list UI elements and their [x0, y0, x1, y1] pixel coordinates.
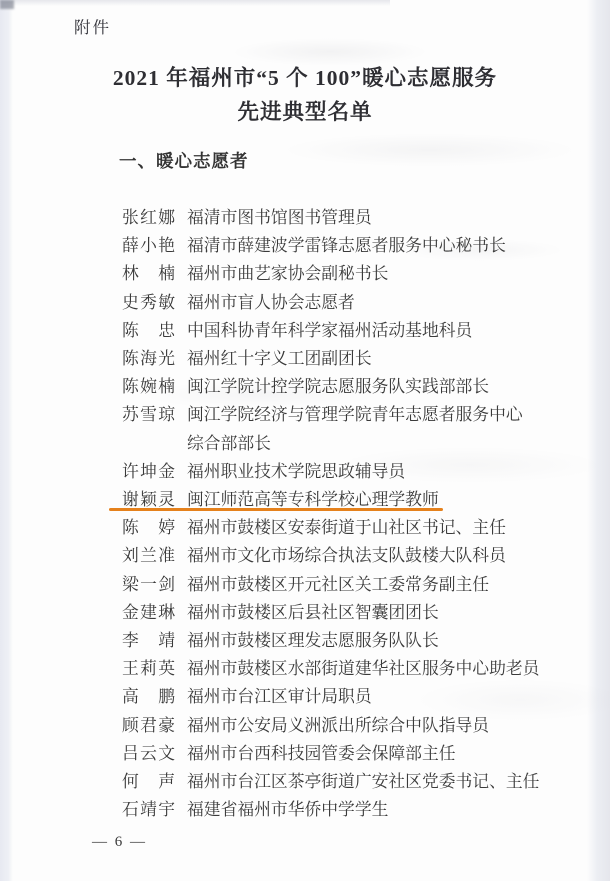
highlight-underline — [109, 508, 443, 512]
volunteer-row: 陈忠 中国科协青年科学家福州活动基地科员 — [122, 317, 562, 345]
volunteer-name: 吕云文 — [122, 740, 175, 768]
volunteer-name: 许坤金 — [122, 458, 175, 486]
volunteer-row: 梁一剑 福州市鼓楼区开元社区关工委常务副主任 — [122, 571, 562, 599]
volunteer-row: 李靖 福州市鼓楼区理发志愿服务队队长 — [122, 627, 562, 655]
volunteer-role: 福州红十字义工团副团长 — [187, 345, 555, 373]
volunteer-row: 苏雪琼 闽江学院经济与管理学院青年志愿者服务中心 综合部部长 — [122, 401, 562, 457]
volunteer-row: 王莉英 福州市鼓楼区水部街道建华社区服务中心助老员 — [122, 655, 562, 683]
volunteer-role: 福州市鼓楼区开元社区关工委常务副主任 — [187, 571, 555, 599]
volunteer-name: 陈婷 — [122, 514, 175, 542]
volunteer-name: 梁一剑 — [122, 571, 175, 599]
volunteer-name: 顾君豪 — [122, 712, 175, 740]
scan-shadow-top — [0, 0, 390, 6]
volunteer-role: 福清市薛建波学雷锋志愿者服务中心秘书长 — [187, 232, 555, 260]
volunteer-row: 何声 福州市台江区茶亭街道广安社区党委书记、主任 — [122, 768, 562, 796]
volunteer-name: 苏雪琼 — [122, 401, 175, 429]
volunteer-role: 福清市图书馆图书管理员 — [187, 204, 555, 232]
section-heading: 一、暖心志愿者 — [119, 148, 249, 173]
scan-corner-mark — [0, 0, 14, 9]
document-title-line2: 先进典型名单 — [0, 95, 610, 129]
volunteer-role: 福州市鼓楼区后县社区智囊团团长 — [187, 599, 555, 627]
volunteer-name: 金建琳 — [122, 599, 175, 627]
volunteer-role: 福州市鼓楼区安泰街道于山社区书记、主任 — [187, 514, 555, 542]
volunteer-name: 史秀敏 — [122, 289, 175, 317]
volunteer-name: 何声 — [122, 768, 175, 796]
volunteer-name: 高鹏 — [122, 683, 175, 711]
volunteer-row: 陈婷 福州市鼓楼区安泰街道于山社区书记、主任 — [122, 514, 562, 542]
attachment-label: 附件 — [74, 14, 111, 38]
volunteer-row: 陈婉楠 闽江学院计控学院志愿服务队实践部部长 — [122, 373, 562, 401]
volunteer-row: 林楠 福州市曲艺家协会副秘书长 — [122, 260, 562, 288]
volunteer-name: 林楠 — [122, 260, 175, 288]
volunteer-role: 福建省福州市华侨中学学生 — [187, 796, 555, 824]
volunteer-role: 福州市台江区茶亭街道广安社区党委书记、主任 — [187, 768, 555, 796]
volunteer-row: 吕云文 福州市台西科技园管委会保障部主任 — [122, 740, 562, 768]
scan-shadow-right — [587, 0, 610, 881]
volunteer-row: 薛小艳 福清市薛建波学雷锋志愿者服务中心秘书长 — [122, 232, 562, 260]
volunteer-name: 陈海光 — [122, 345, 175, 373]
document-title-line1: 2021 年福州市“5 个 100”暖心志愿服务 — [0, 61, 610, 95]
volunteer-role: 中国科协青年科学家福州活动基地科员 — [187, 317, 555, 345]
volunteer-role: 福州市台江区审计局职员 — [187, 683, 555, 711]
volunteer-role: 福州职业技术学院思政辅导员 — [187, 458, 555, 486]
volunteer-role: 福州市文化市场综合执法支队鼓楼大队科员 — [187, 542, 555, 570]
volunteer-row: 石靖宇 福建省福州市华侨中学学生 — [122, 796, 562, 824]
volunteer-name: 陈婉楠 — [122, 373, 175, 401]
volunteer-name: 王莉英 — [122, 655, 175, 683]
volunteer-name: 张红娜 — [122, 204, 175, 232]
volunteer-row: 顾君豪 福州市公安局义洲派出所综合中队指导员 — [122, 712, 562, 740]
volunteer-row: 高鹏 福州市台江区审计局职员 — [122, 683, 562, 711]
volunteer-role: 闽江学院经济与管理学院青年志愿者服务中心 综合部部长 — [187, 401, 555, 457]
volunteer-row: 刘兰准 福州市文化市场综合执法支队鼓楼大队科员 — [122, 542, 562, 570]
volunteer-row: 陈海光 福州红十字义工团副团长 — [122, 345, 562, 373]
volunteer-role: 福州市鼓楼区水部街道建华社区服务中心助老员 — [187, 655, 555, 683]
volunteer-role: 闽江学院计控学院志愿服务队实践部部长 — [187, 373, 555, 401]
document-title: 2021 年福州市“5 个 100”暖心志愿服务 先进典型名单 — [0, 61, 610, 129]
volunteer-role: 福州市曲艺家协会副秘书长 — [187, 260, 555, 288]
scan-shadow-left — [0, 0, 13, 881]
volunteer-name: 石靖宇 — [122, 796, 175, 824]
volunteer-row: 金建琳 福州市鼓楼区后县社区智囊团团长 — [122, 599, 562, 627]
volunteer-row: 史秀敏 福州市盲人协会志愿者 — [122, 289, 562, 317]
volunteer-role: 福州市盲人协会志愿者 — [187, 289, 555, 317]
volunteer-list: 张红娜 福清市图书馆图书管理员 薛小艳 福清市薛建波学雷锋志愿者服务中心秘书长 … — [122, 204, 562, 824]
volunteer-role: 福州市鼓楼区理发志愿服务队队长 — [187, 627, 555, 655]
volunteer-row: 张红娜 福清市图书馆图书管理员 — [122, 204, 562, 232]
volunteer-name: 李靖 — [122, 627, 175, 655]
volunteer-name: 薛小艳 — [122, 232, 175, 260]
volunteer-row: 许坤金 福州职业技术学院思政辅导员 — [122, 458, 562, 486]
page-number: — 6 — — [92, 834, 147, 851]
volunteer-role: 福州市台西科技园管委会保障部主任 — [187, 740, 555, 768]
volunteer-name: 陈忠 — [122, 317, 175, 345]
volunteer-name: 刘兰准 — [122, 542, 175, 570]
volunteer-row: 谢颖灵 闽江师范高等专科学校心理学教师 — [122, 486, 562, 514]
volunteer-role: 福州市公安局义洲派出所综合中队指导员 — [187, 712, 555, 740]
